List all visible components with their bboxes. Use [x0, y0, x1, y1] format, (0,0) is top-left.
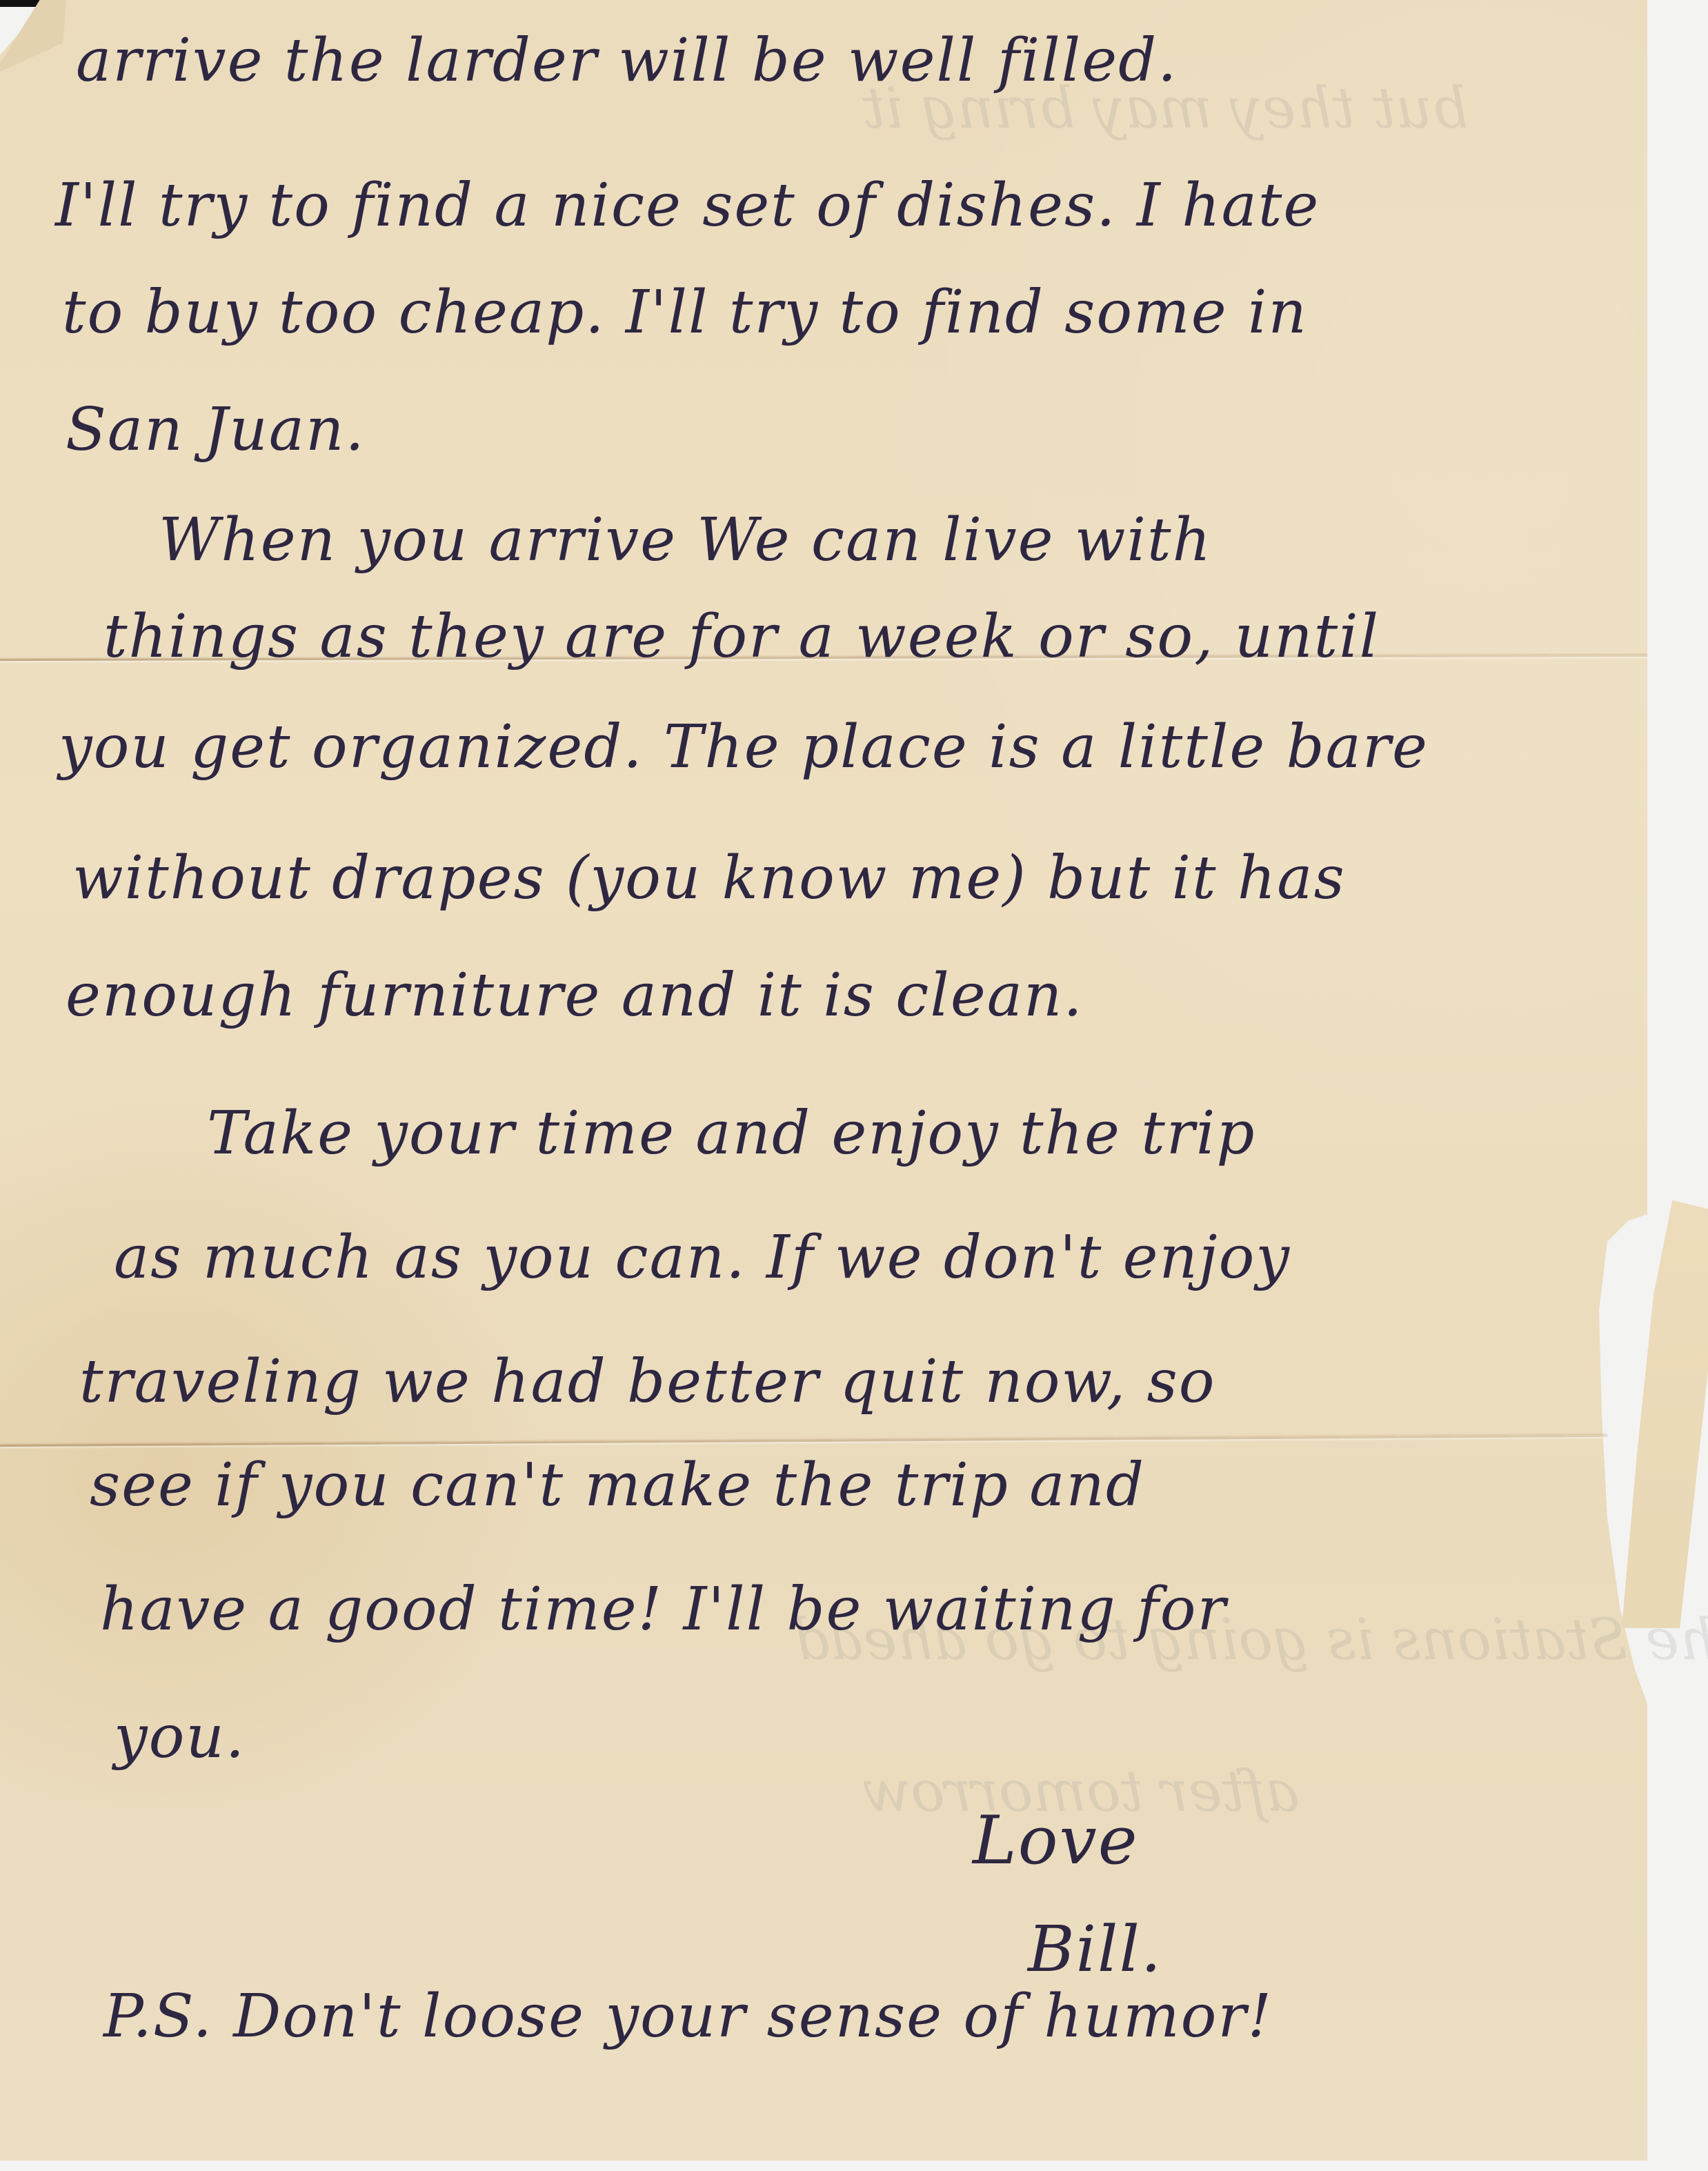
letter-line: you get organized. The place is a little…	[59, 717, 1429, 777]
letter-line: see if you can't make the trip and	[90, 1456, 1145, 1515]
letter-line: things as they are for a week or so, unt…	[103, 607, 1380, 666]
letter-line: you.	[114, 1707, 246, 1767]
letter-line: enough furniture and it is clean.	[66, 966, 1084, 1025]
letter-line: I'll try to find a nice set of dishes. I…	[55, 176, 1320, 235]
letter-line: to buy too cheap. I'll try to find some …	[62, 283, 1308, 342]
letter-signature: Bill.	[1028, 1918, 1162, 1981]
letter-postscript: P.S. Don't loose your sense of humor!	[103, 1987, 1273, 2046]
letter-line: as much as you can. If we don't enjoy	[114, 1228, 1291, 1287]
letter-line: arrive the larder will be well filled.	[76, 31, 1178, 90]
letter-line: without drapes (you know me) but it has	[72, 849, 1346, 908]
letter-closing: Love	[973, 1807, 1139, 1874]
letter-body: arrive the larder will be well filled. I…	[0, 0, 1647, 2161]
scanned-letter-page: but they may bring it and the Stations i…	[0, 0, 1708, 2171]
letter-line: have a good time! I'll be waiting for	[100, 1580, 1227, 1639]
letter-line: traveling we had better quit now, so	[79, 1352, 1216, 1411]
letter-line: When you arrive We can live with	[159, 510, 1212, 570]
letter-line: Take your time and enjoy the trip	[207, 1104, 1255, 1163]
letter-line: San Juan.	[66, 400, 366, 459]
